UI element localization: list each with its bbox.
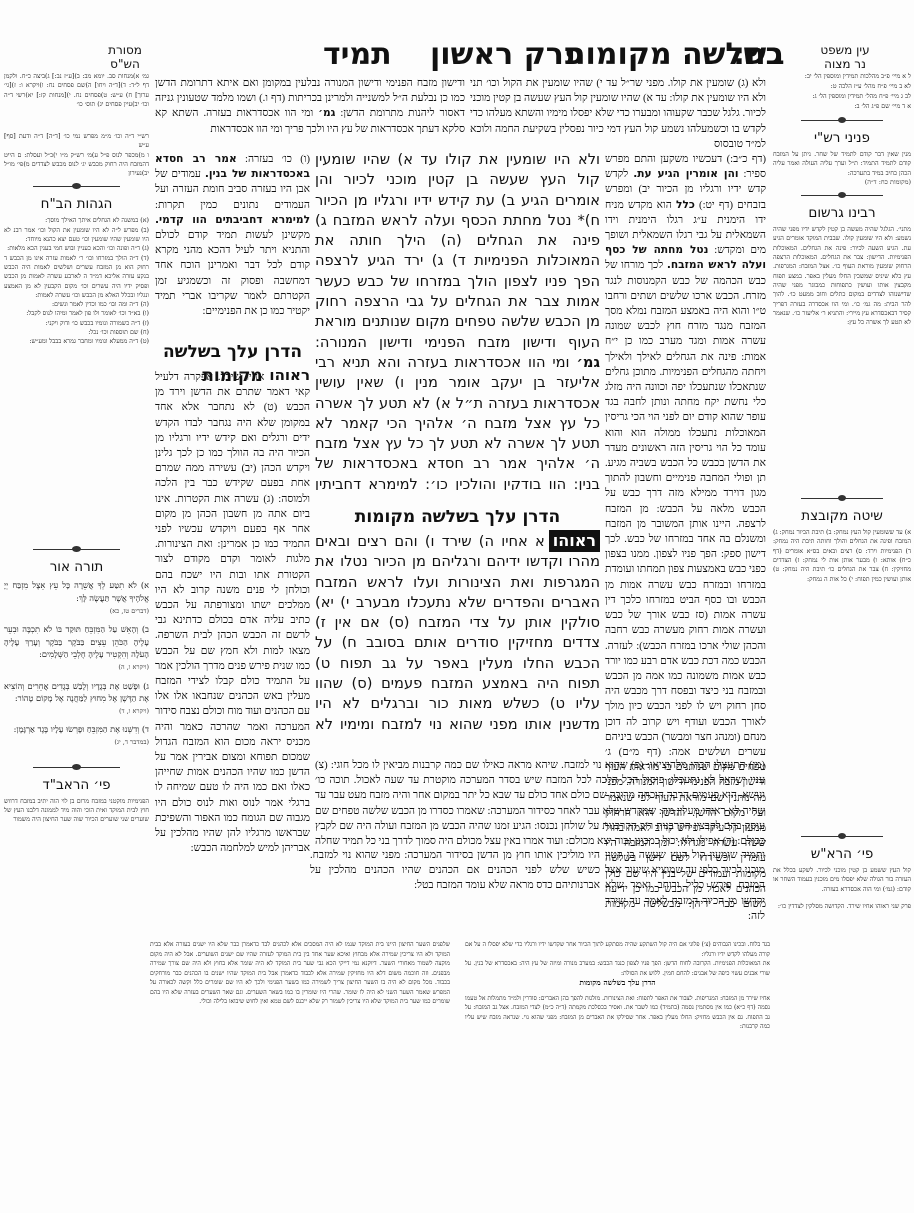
rashi-dibbur-hamatchil: כלל — [676, 199, 695, 211]
footer-hadran: הדרן עלך בשלשה מקומות — [465, 978, 770, 988]
footer-right-commentary: בגד בלוח. ובכינו הגבוהים (צ׳) פלוני אם ה… — [465, 940, 770, 1032]
tosafot-ref: (ו) כו׳ — [282, 154, 310, 165]
tosafot-top: ודישון מזבח הפנימי ודישון המנורה נבלעין … — [155, 76, 465, 154]
daf-number: כח: — [733, 38, 783, 72]
divider-ornament-icon — [801, 832, 884, 840]
mishnah-perek-2: ראוהוא אחיו ה) שירד ו) והם רצים ובאים מה… — [315, 530, 600, 755]
pninei-rashi-text: מנין שאין דבר קודם לתמיד של שחר. ניתן על… — [773, 150, 911, 178]
tosafot-text: מקשינן לעשות תמיד קודם לכולם והתניא ויתר… — [155, 230, 310, 317]
tosafot-gemara-marker: גמ׳ — [318, 107, 335, 119]
mishnah-text: ולא היו שומעין את קולו עד א) שהיו שומעין… — [315, 150, 600, 353]
torah-or-ref: (דברים טז, כא) — [4, 605, 149, 618]
ein-mishpat-entry: ל א מיי׳ פ״ב מהלכות תמידין ומוספין הל׳ י… — [773, 72, 911, 82]
tosafot-lower-block: ותמיד שומעין קול העץ שעשה בן קטין מוכני … — [605, 848, 765, 938]
footer-right-text: אחיו שירד מן המזבח: המגריפות. לצבור את ה… — [465, 994, 770, 1032]
tosafot-text: אחיו שירד. אפקרה דלעיל קאי דאמר שתרם את … — [155, 372, 310, 550]
hagahot-entry: (א) במשנה לא הגחלים איתך האילך מוסך: — [4, 216, 149, 225]
right-margin-column: ל א מיי׳ פ״ב מהלכות תמידין ומוספין הל׳ י… — [773, 72, 911, 1132]
rashi-top: ולא (ג) שומעין את קולו. מפני שר״ל עד י) … — [470, 76, 766, 154]
footer-commentaries: שלפנים השער החיצון היינו בית המוקד שנמו … — [150, 940, 770, 1135]
torah-or-verse: א) לֹא תִטַּע לְךָ אֲשֵׁרָה כָּל עֵץ אֵצ… — [4, 579, 149, 604]
divider-ornament-icon — [801, 116, 884, 124]
ein-mishpat-entry: לב ג מיי׳ פ״ח מהל׳ תמידין ומוספין הל׳ ג: — [773, 92, 911, 102]
shita-mekubetzet-text: א) עד ששומעין קול העץ נמחק: ב) תיבת הכיו… — [773, 528, 911, 828]
rabbeinu-gershom-text: מתני׳. הגלגל שהיה מעשה בן קטין לקדש ידיו… — [773, 225, 911, 490]
rashi-dibbur-hamatchil: והן אומרין הגיע עת. — [633, 168, 738, 180]
torah-or-verse: ד) וְדִשְּׁנוּ אֶת הַמִּזְבֵּחַ וּפָרְשׂ… — [4, 723, 149, 736]
left-margin-column: גמ׳ א)מנחות סב. יומא מב: ב)[ע״ז נב:] ג)ב… — [4, 72, 149, 1132]
ein-mishpat-section: ל א מיי׳ פ״ב מהלכות תמידין ומוספין הל׳ י… — [773, 72, 911, 112]
masoret-title-line2: הש"ס — [95, 57, 155, 71]
shita-mekubetzet-title: שיטה מקובצת — [773, 506, 911, 526]
footer-left-text: שלפנים השער החיצון היינו בית המוקד שנמו … — [150, 941, 450, 1005]
masoret-hashas-header: מסורת הש"ס — [95, 43, 155, 71]
rashi-lower-block-2: היו מוליכין אותו חוץ מן הדשן בסידור המער… — [310, 848, 600, 938]
tosafot-text: בעזרה: — [245, 154, 273, 165]
chapter-number: פרק ראשון — [430, 38, 584, 72]
pninei-rashi-title: פניני רש"י — [773, 128, 911, 148]
ein-mishpat-header: עין משפט נר מצוה — [800, 43, 890, 71]
masoret-title-line1: מסורת — [95, 43, 155, 57]
pi-haraavad-title: פי׳ הראב"ד — [4, 775, 149, 795]
pi-haraavad-text: הפנימיות מוקטני במזבח מרום בן לוי הוה ית… — [4, 797, 149, 825]
torah-or-verse: ב) וְהָאֵשׁ עַל הַמִּזְבֵּחַ תּוּקַד בּו… — [4, 623, 149, 661]
pninei-rashi-ref: (מקומות כח: ד״ה) — [773, 178, 911, 187]
tosafot-column-upper: (ו) כו׳ בעזרה: אמר רב חסדא באכסדראות של … — [155, 152, 310, 342]
torah-or-verses: א) לֹא תִטַּע לְךָ אֲשֵׁרָה כָּל עֵץ אֵצ… — [4, 579, 149, 748]
rashi-lower-text: היו מוליכין אותו חוץ מן הדשן בסידור המער… — [310, 850, 600, 891]
divider-ornament-icon — [33, 182, 120, 190]
tosafot-text: ותמיד שומעין קול העץ שעשה בן קטין מוכני … — [605, 850, 765, 922]
gemara-text: ומי הוו אכסדראות בעזרה והא תניא רבי אליע… — [315, 354, 600, 490]
ein-mishpat-title-line2: נר מצוה — [800, 57, 890, 71]
ein-mishpat-entry: לא ב מיי׳ פ״ח מהל׳ ע״ז הלכה ט: — [773, 82, 911, 92]
rabbeinu-gershom-title: רבינו גרשום — [773, 203, 911, 223]
torah-or-ref: (ויקרא ו, ה) — [4, 661, 149, 674]
hagahot-entry: (ד) ד״ה הולך במזרחו וכו׳ ר׳ לאמות עזרה א… — [4, 254, 149, 300]
torah-or-ref: (ויקרא ו, ד) — [4, 705, 149, 718]
footer-right-text: את המאוכלות הפנימיות. הקרובה לחוח הדשן: … — [465, 959, 770, 978]
divider-ornament-icon — [801, 191, 884, 199]
ein-mishpat-title-line1: עין משפט — [800, 43, 890, 57]
gemara-marker: גמ׳ — [576, 354, 600, 371]
ein-mishpat-entry: א ד מיי׳ שם פ״ג הל׳ ב: — [773, 102, 911, 112]
hagahot-entry: (ח) שם תוספות וכו׳ נכל: — [4, 328, 149, 337]
mishnah-text: א אחיו ה) שירד ו) והם רצים ובאים מהרו וק… — [315, 533, 600, 733]
masoret-hashas-rashi-ref: רש״י ד״ה וכו׳ מ״מ מפרש נמי כו׳ [ד״ה] ד״ה… — [4, 132, 149, 151]
torah-or-verse: ג) וּפָשַׁט אֶת בְּגָדָיו וְלָבַשׁ בְּגָ… — [4, 680, 149, 705]
hagahot-entry: (ה) ד״ה ומה ובו׳ כמו וכדין לאמר ונשים: — [4, 300, 149, 309]
torah-or-title: תורה אור — [4, 557, 149, 577]
hagahot-habach-list: (א) במשנה לא הגחלים איתך האילך מוסך: (ב)… — [4, 216, 149, 541]
torah-or-ref: (במדבר ד, יג) — [4, 736, 149, 749]
divider-ornament-icon — [33, 545, 120, 553]
hagahot-entry: (ב) מפרש ל״ה לא היו שומעין את הקול וכו׳ … — [4, 226, 149, 245]
rashi-top-text: ולא (ג) שומעין את קולו. מפני שר״ל עד י) … — [470, 78, 766, 150]
pi-harosh-perek-sheni: פרק שני ראוהו אחיו שירד. הקדושה מסלקין ל… — [773, 902, 911, 911]
masoret-hashas-mid: ו מ)מכפר לנוס פ״ל ע)מ׳ רש״ק מ״ו י)כ״ל וע… — [4, 151, 149, 179]
tractate-name: תמיד — [323, 38, 392, 72]
hadran-heading: הדרן עלך בשלשה מקומות — [315, 504, 600, 530]
tosafot-column-lower: ראוהו אחיו שירד. אפקרה דלעיל קאי דאמר שת… — [155, 368, 310, 933]
tosafot-text: ואת הצינורות. מלגות לאומר וקדם מקודם לצו… — [155, 539, 310, 854]
divider-ornament-icon — [33, 763, 120, 771]
masoret-hashas-entries: גמ׳ א)מנחות סב. יומא מב: ב)[ע״ז נב:] ג)ב… — [4, 72, 149, 132]
gemara-text-block: ולא היו שומעין את קולו עד א) שהיו שומעין… — [315, 150, 600, 490]
perek-opening-word-box: ראוהו — [549, 530, 600, 552]
rashi-text: לכך מורחו של כבש הכהמה של כבש הקמנוסות ל… — [605, 260, 766, 651]
hagahot-entry: (ז) ד״ה כשמורה ונומיו בכבש כו׳ ודוק ויקנ… — [4, 319, 149, 328]
pi-harosh-title: פי׳ הרא"ש — [773, 844, 911, 864]
tosafot-perek-opening: ראוהו — [269, 368, 310, 384]
rashi-lower-text: (מן) התעצלו הכהן מלהוציאו: (פ) שהוא נוי … — [315, 760, 765, 848]
rashi-lower-block: (מן) התעצלו הכהן מלהוציאו: (פ) שהוא נוי … — [315, 758, 765, 848]
hagahot-entry: (ג) ד״ה ופונה וכו׳ והכא כעניין ובוש חמי … — [4, 244, 149, 253]
footer-left-commentary: שלפנים השער החיצון היינו בית המוקד שנמו … — [150, 940, 450, 1007]
footer-right-text: בגד בלוח. ובכינו הגבוהים (צ׳) פלוני אם ה… — [465, 940, 770, 959]
hagahot-entry: (ט) ד״ה ממעלא ונומיו ומחבר גמרא בבבל ומע… — [4, 337, 149, 346]
rashi-ref: (דף כ״ב:) — [727, 154, 766, 165]
divider-ornament-icon — [801, 494, 884, 502]
tosafot-dibbur-hamatchil: למימרא דחביבתים הוו קדמי. — [155, 214, 310, 226]
hagahot-entry: (ו) בא״ד וכו׳ לאומר ולו פון לאמר ומיהו ל… — [4, 309, 149, 318]
hagahot-habach-title: הגהות הב"ח — [4, 194, 149, 214]
pi-harosh-text: קול העץ ששמע בן קטין מוכני לכיור. לשקע ב… — [773, 866, 911, 894]
